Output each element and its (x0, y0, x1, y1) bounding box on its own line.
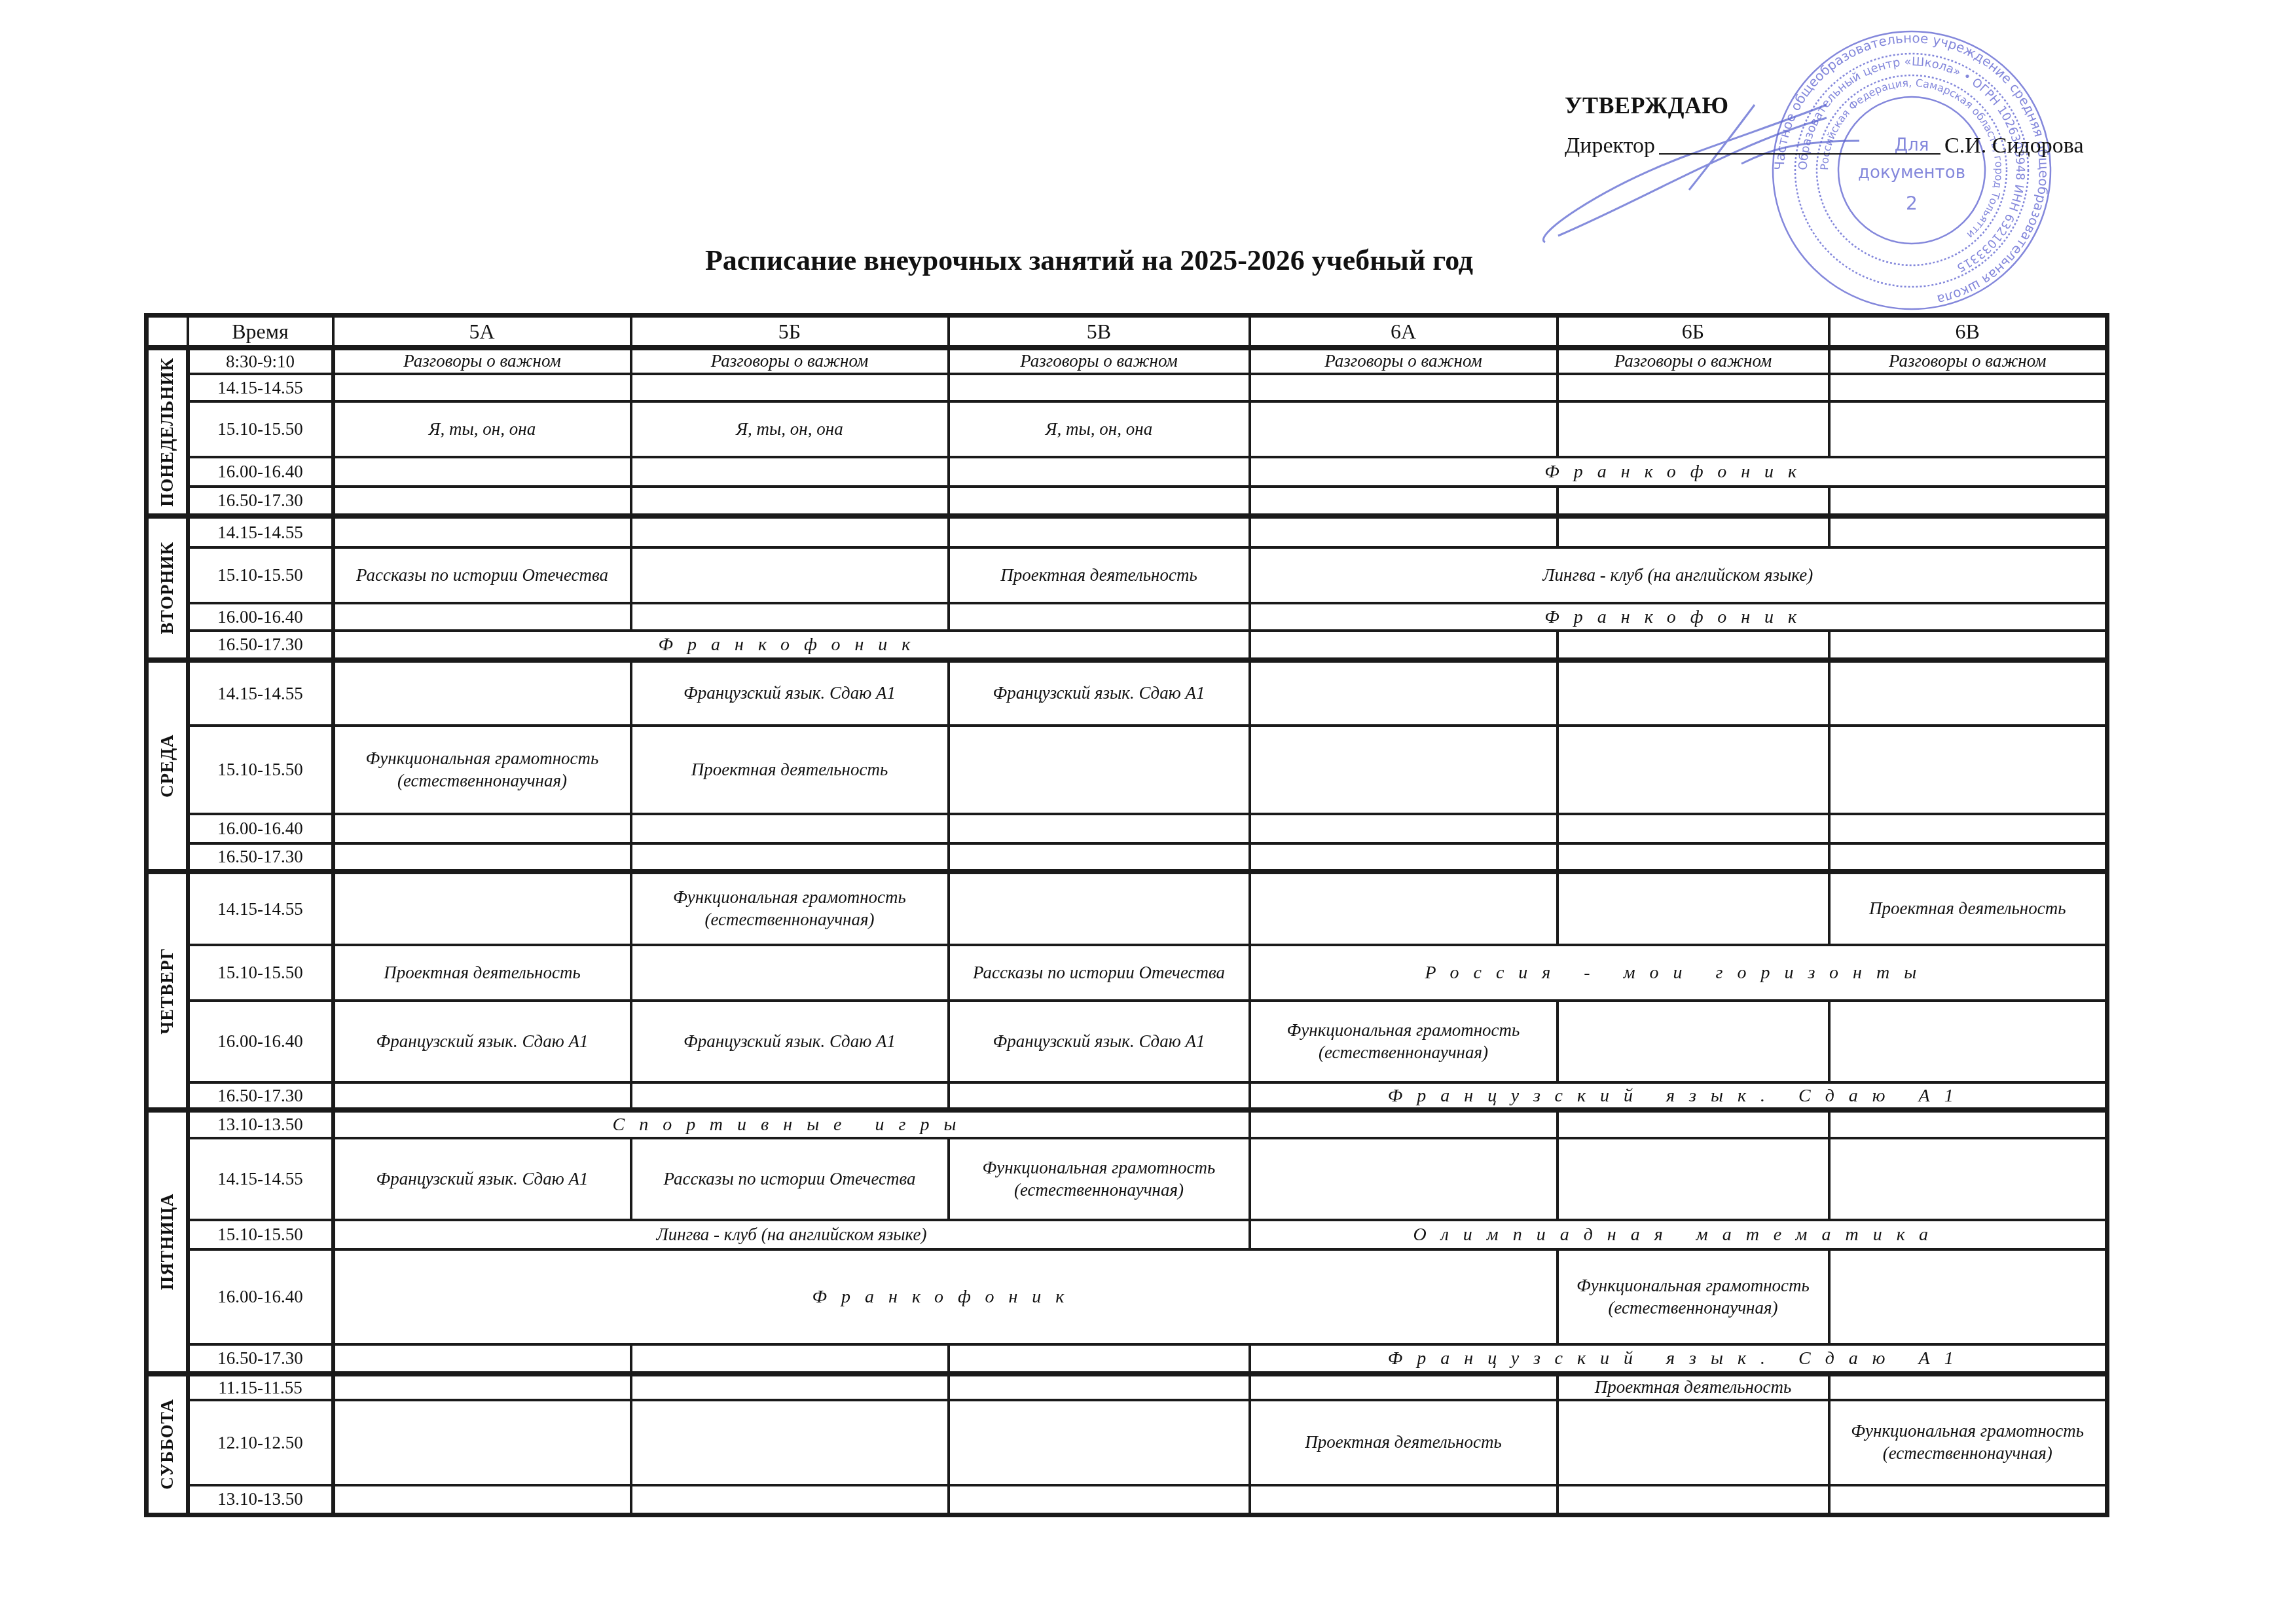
activity-cell: Французский язык. Сдаю А1 (631, 660, 949, 726)
schedule-row: 12.10-12.50Проектная деятельностьФункцио… (147, 1400, 2107, 1485)
activity-cell: Лингва - клуб (на английском языке) (1250, 547, 2107, 603)
activity-cell: Олимпиадная математика (1250, 1220, 2107, 1249)
empty-cell (1829, 726, 2107, 814)
schedule-body: ПОНЕДЕЛЬНИК8:30-9:10Разговоры о важномРа… (147, 348, 2107, 1515)
activity-cell: Функциональная грамотность (естественнон… (1829, 1400, 2107, 1485)
empty-cell (1558, 401, 1829, 457)
activity-cell: Лингва - клуб (на английском языке) (333, 1220, 1250, 1249)
approval-block: УТВЕРЖДАЮ Директор С.И. Сидорова (1565, 92, 2084, 158)
time-slot: 11.15-11.55 (188, 1374, 333, 1400)
empty-cell (631, 1485, 949, 1515)
activity-cell: Франкофоник (333, 631, 1250, 660)
empty-cell (333, 603, 631, 631)
activity-cell: Разговоры о важном (1829, 348, 2107, 374)
activity-cell: Франкофоник (1250, 603, 2107, 631)
schedule-row: 15.10-15.50Функциональная грамотность (е… (147, 726, 2107, 814)
schedule-row: 16.50-17.30Французский язык. Сдаю А1 (147, 1344, 2107, 1374)
empty-cell (1250, 374, 1558, 401)
empty-cell (1250, 1138, 1558, 1220)
time-slot: 15.10-15.50 (188, 945, 333, 1001)
day-label-cell: СУББОТА (147, 1374, 188, 1515)
empty-cell (1250, 814, 1558, 843)
director-position: Директор (1565, 134, 1655, 158)
empty-cell (1829, 516, 2107, 547)
empty-cell (1250, 1485, 1558, 1515)
time-slot: 16.00-16.40 (188, 1001, 333, 1082)
header-time: Время (188, 316, 333, 348)
empty-cell (1829, 660, 2107, 726)
empty-cell (1250, 1374, 1558, 1400)
schedule-row: 14.15-14.55 (147, 374, 2107, 401)
activity-cell: Разговоры о важном (333, 348, 631, 374)
schedule-row: 14.15-14.55Французский язык. Сдаю А1Расс… (147, 1138, 2107, 1220)
time-slot: 13.10-13.50 (188, 1110, 333, 1138)
empty-cell (1829, 1138, 2107, 1220)
empty-cell (1558, 516, 1829, 547)
day-label: ЧЕТВЕРГ (157, 948, 177, 1035)
stamp-middle-text: Образовательный центр «Школа» • ОГРН 102… (1796, 55, 2027, 275)
activity-cell: Функциональная грамотность (естественнон… (631, 872, 949, 945)
empty-cell (1250, 487, 1558, 516)
day-label-cell: ПОНЕДЕЛЬНИК (147, 348, 188, 516)
header-class-6v: 6В (1829, 316, 2107, 348)
empty-cell (631, 487, 949, 516)
empty-cell (1250, 516, 1558, 547)
empty-cell (949, 814, 1250, 843)
day-label-cell: СРЕДА (147, 660, 188, 872)
activity-cell: Я, ты, он, она (631, 401, 949, 457)
activity-cell: Французский язык. Сдаю А1 (949, 1001, 1250, 1082)
schedule-table: Время 5А 5Б 5В 6А 6Б 6В ПОНЕДЕЛЬНИК8:30-… (144, 313, 2109, 1517)
empty-cell (949, 487, 1250, 516)
activity-cell: Проектная деятельность (1250, 1400, 1558, 1485)
activity-cell: Проектная деятельность (1558, 1374, 1829, 1400)
schedule-row: 15.10-15.50Рассказы по истории Отечества… (147, 547, 2107, 603)
empty-cell (333, 487, 631, 516)
empty-cell (333, 457, 631, 487)
time-slot: 12.10-12.50 (188, 1400, 333, 1485)
activity-cell: Функциональная грамотность (естественнон… (1558, 1249, 1829, 1344)
empty-cell (333, 1374, 631, 1400)
empty-cell (1829, 1249, 2107, 1344)
day-label: СУББОТА (157, 1399, 177, 1490)
empty-cell (333, 814, 631, 843)
empty-cell (333, 660, 631, 726)
empty-cell (631, 945, 949, 1001)
empty-cell (1829, 814, 2107, 843)
empty-cell (631, 1082, 949, 1110)
empty-cell (1558, 872, 1829, 945)
header-row: Время 5А 5Б 5В 6А 6Б 6В (147, 316, 2107, 348)
activity-cell: Рассказы по истории Отечества (631, 1138, 949, 1220)
empty-cell (631, 374, 949, 401)
day-label: ПОНЕДЕЛЬНИК (157, 358, 177, 507)
activity-cell: Разговоры о важном (1558, 348, 1829, 374)
activity-cell: Французский язык. Сдаю А1 (1250, 1082, 2107, 1110)
empty-cell (1250, 726, 1558, 814)
empty-cell (333, 374, 631, 401)
empty-cell (1558, 726, 1829, 814)
activity-cell: Я, ты, он, она (333, 401, 631, 457)
schedule-row: 16.00-16.40 (147, 814, 2107, 843)
header-class-5a: 5А (333, 316, 631, 348)
schedule-row: 15.10-15.50Лингва - клуб (на английском … (147, 1220, 2107, 1249)
activity-cell: Спортивные игры (333, 1110, 1250, 1138)
empty-cell (1829, 843, 2107, 872)
empty-cell (333, 1400, 631, 1485)
empty-cell (631, 814, 949, 843)
empty-cell (1250, 872, 1558, 945)
schedule-row: 16.50-17.30Франкофоник (147, 631, 2107, 660)
empty-cell (1829, 1374, 2107, 1400)
empty-cell (333, 1344, 631, 1374)
activity-cell: Разговоры о важном (949, 348, 1250, 374)
activity-cell: Французский язык. Сдаю А1 (333, 1138, 631, 1220)
empty-cell (631, 603, 949, 631)
schedule-row: 16.00-16.40ФранкофоникФункциональная гра… (147, 1249, 2107, 1344)
empty-cell (1250, 401, 1558, 457)
empty-cell (1558, 374, 1829, 401)
activity-cell: Разговоры о важном (631, 348, 949, 374)
activity-cell: Функциональная грамотность (естественнон… (333, 726, 631, 814)
activity-cell: Франкофоник (1250, 457, 2107, 487)
time-slot: 15.10-15.50 (188, 1220, 333, 1249)
empty-cell (631, 1374, 949, 1400)
empty-cell (1250, 1110, 1558, 1138)
header-day (147, 316, 188, 348)
stamp-center-number: 2 (1906, 193, 1918, 214)
schedule-row: 16.50-17.30 (147, 843, 2107, 872)
day-label-cell: ЧЕТВЕРГ (147, 872, 188, 1110)
activity-cell: Я, ты, он, она (949, 401, 1250, 457)
empty-cell (1250, 843, 1558, 872)
empty-cell (949, 726, 1250, 814)
time-slot: 16.00-16.40 (188, 603, 333, 631)
schedule-row: 16.00-16.40Французский язык. Сдаю А1Фран… (147, 1001, 2107, 1082)
activity-cell: Франкофоник (333, 1249, 1558, 1344)
schedule-row: ПЯТНИЦА13.10-13.50Спортивные игры (147, 1110, 2107, 1138)
activity-cell: Проектная деятельность (1829, 872, 2107, 945)
empty-cell (1558, 1110, 1829, 1138)
empty-cell (333, 1082, 631, 1110)
empty-cell (1558, 487, 1829, 516)
empty-cell (1829, 1001, 2107, 1082)
empty-cell (1558, 660, 1829, 726)
page-title-text: Расписание внеурочных занятий на 2025-20… (705, 244, 1473, 276)
empty-cell (1250, 631, 1558, 660)
time-slot: 16.00-16.40 (188, 814, 333, 843)
time-slot: 16.50-17.30 (188, 1344, 333, 1374)
empty-cell (949, 1400, 1250, 1485)
activity-cell: Разговоры о важном (1250, 348, 1558, 374)
page-title: Расписание внеурочных занятий на 2025-20… (0, 244, 2296, 277)
header-class-6a: 6А (1250, 316, 1558, 348)
empty-cell (949, 1374, 1250, 1400)
time-slot: 8:30-9:10 (188, 348, 333, 374)
time-slot: 14.15-14.55 (188, 660, 333, 726)
activity-cell: Французский язык. Сдаю А1 (949, 660, 1250, 726)
empty-cell (631, 1344, 949, 1374)
activity-cell: Проектная деятельность (949, 547, 1250, 603)
activity-cell: Проектная деятельность (631, 726, 949, 814)
empty-cell (949, 374, 1250, 401)
empty-cell (1829, 1485, 2107, 1515)
activity-cell: Французский язык. Сдаю А1 (1250, 1344, 2107, 1374)
activity-cell: Французский язык. Сдаю А1 (333, 1001, 631, 1082)
empty-cell (631, 547, 949, 603)
empty-cell (1558, 1138, 1829, 1220)
schedule-row: 16.00-16.40Франкофоник (147, 603, 2107, 631)
schedule-row: СРЕДА14.15-14.55Французский язык. Сдаю А… (147, 660, 2107, 726)
svg-text:Образовательный центр «Школа»: Образовательный центр «Школа» • ОГРН 102… (1796, 55, 2027, 275)
schedule-row: СУББОТА11.15-11.55Проектная деятельность (147, 1374, 2107, 1400)
approval-title: УТВЕРЖДАЮ (1565, 92, 2084, 119)
empty-cell (1558, 1485, 1829, 1515)
time-slot: 16.00-16.40 (188, 457, 333, 487)
time-slot: 15.10-15.50 (188, 726, 333, 814)
activity-cell: Функциональная грамотность (естественнон… (1250, 1001, 1558, 1082)
empty-cell (949, 457, 1250, 487)
empty-cell (1250, 660, 1558, 726)
empty-cell (949, 603, 1250, 631)
empty-cell (1829, 374, 2107, 401)
activity-cell: Рассказы по истории Отечества (949, 945, 1250, 1001)
schedule-row: ЧЕТВЕРГ14.15-14.55Функциональная грамотн… (147, 872, 2107, 945)
empty-cell (333, 872, 631, 945)
schedule-row: 16.50-17.30Французский язык. Сдаю А1 (147, 1082, 2107, 1110)
activity-cell: Функциональная грамотность (естественнон… (949, 1138, 1250, 1220)
time-slot: 14.15-14.55 (188, 374, 333, 401)
empty-cell (333, 843, 631, 872)
activity-cell: Проектная деятельность (333, 945, 631, 1001)
empty-cell (631, 457, 949, 487)
day-label-cell: ПЯТНИЦА (147, 1110, 188, 1374)
header-class-5b: 5Б (631, 316, 949, 348)
empty-cell (949, 1082, 1250, 1110)
empty-cell (333, 1485, 631, 1515)
empty-cell (949, 1344, 1250, 1374)
time-slot: 16.00-16.40 (188, 1249, 333, 1344)
empty-cell (1829, 631, 2107, 660)
day-label: ВТОРНИК (157, 542, 177, 634)
schedule-row: 15.10-15.50Проектная деятельностьРассказ… (147, 945, 2107, 1001)
empty-cell (1558, 1001, 1829, 1082)
empty-cell (333, 516, 631, 547)
empty-cell (949, 872, 1250, 945)
director-line: Директор С.И. Сидорова (1565, 134, 2084, 158)
stamp-center-line2: документов (1858, 163, 1965, 183)
time-slot: 15.10-15.50 (188, 547, 333, 603)
header-class-5v: 5В (949, 316, 1250, 348)
schedule-row: 15.10-15.50Я, ты, он, онаЯ, ты, он, онаЯ… (147, 401, 2107, 457)
empty-cell (1558, 843, 1829, 872)
time-slot: 14.15-14.55 (188, 1138, 333, 1220)
empty-cell (1558, 631, 1829, 660)
empty-cell (631, 843, 949, 872)
schedule-row: 16.50-17.30 (147, 487, 2107, 516)
empty-cell (1558, 1400, 1829, 1485)
time-slot: 14.15-14.55 (188, 872, 333, 945)
time-slot: 14.15-14.55 (188, 516, 333, 547)
empty-cell (1829, 487, 2107, 516)
schedule-row: ВТОРНИК14.15-14.55 (147, 516, 2107, 547)
empty-cell (1829, 401, 2107, 457)
empty-cell (949, 516, 1250, 547)
empty-cell (1829, 1110, 2107, 1138)
empty-cell (631, 516, 949, 547)
day-label-cell: ВТОРНИК (147, 516, 188, 660)
time-slot: 16.50-17.30 (188, 1082, 333, 1110)
activity-cell: Россия - мои горизонты (1250, 945, 2107, 1001)
schedule-row: 13.10-13.50 (147, 1485, 2107, 1515)
day-label: ПЯТНИЦА (157, 1193, 177, 1290)
day-label: СРЕДА (157, 734, 177, 798)
empty-cell (949, 843, 1250, 872)
empty-cell (1558, 814, 1829, 843)
time-slot: 16.50-17.30 (188, 631, 333, 660)
schedule-row: 16.00-16.40Франкофоник (147, 457, 2107, 487)
activity-cell: Французский язык. Сдаю А1 (631, 1001, 949, 1082)
director-name: С.И. Сидорова (1944, 134, 2084, 158)
header-class-6b: 6Б (1558, 316, 1829, 348)
time-slot: 16.50-17.30 (188, 487, 333, 516)
empty-cell (631, 1400, 949, 1485)
empty-cell (949, 1485, 1250, 1515)
schedule-row: ПОНЕДЕЛЬНИК8:30-9:10Разговоры о важномРа… (147, 348, 2107, 374)
activity-cell: Рассказы по истории Отечества (333, 547, 631, 603)
time-slot: 16.50-17.30 (188, 843, 333, 872)
signature-line (1659, 153, 1941, 155)
time-slot: 15.10-15.50 (188, 401, 333, 457)
time-slot: 13.10-13.50 (188, 1485, 333, 1515)
